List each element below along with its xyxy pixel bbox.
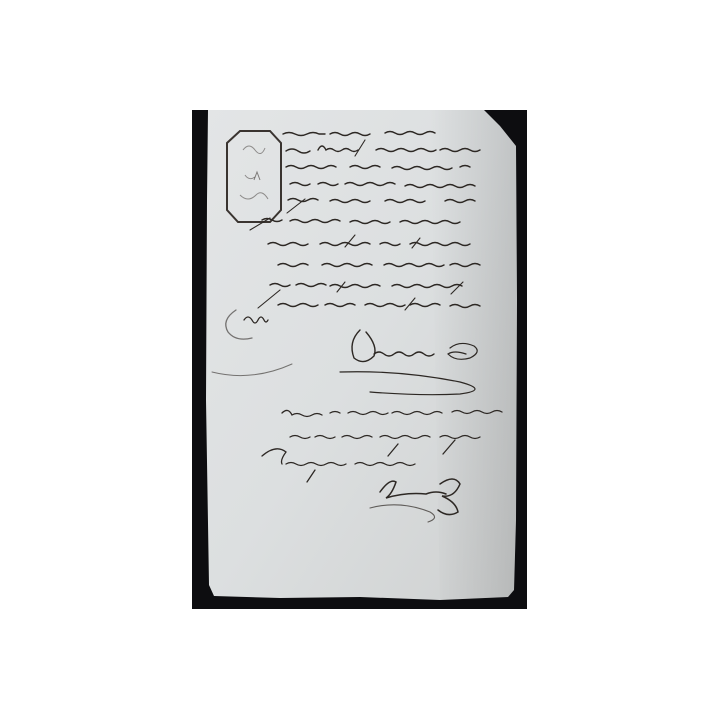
document-page (0, 0, 720, 720)
